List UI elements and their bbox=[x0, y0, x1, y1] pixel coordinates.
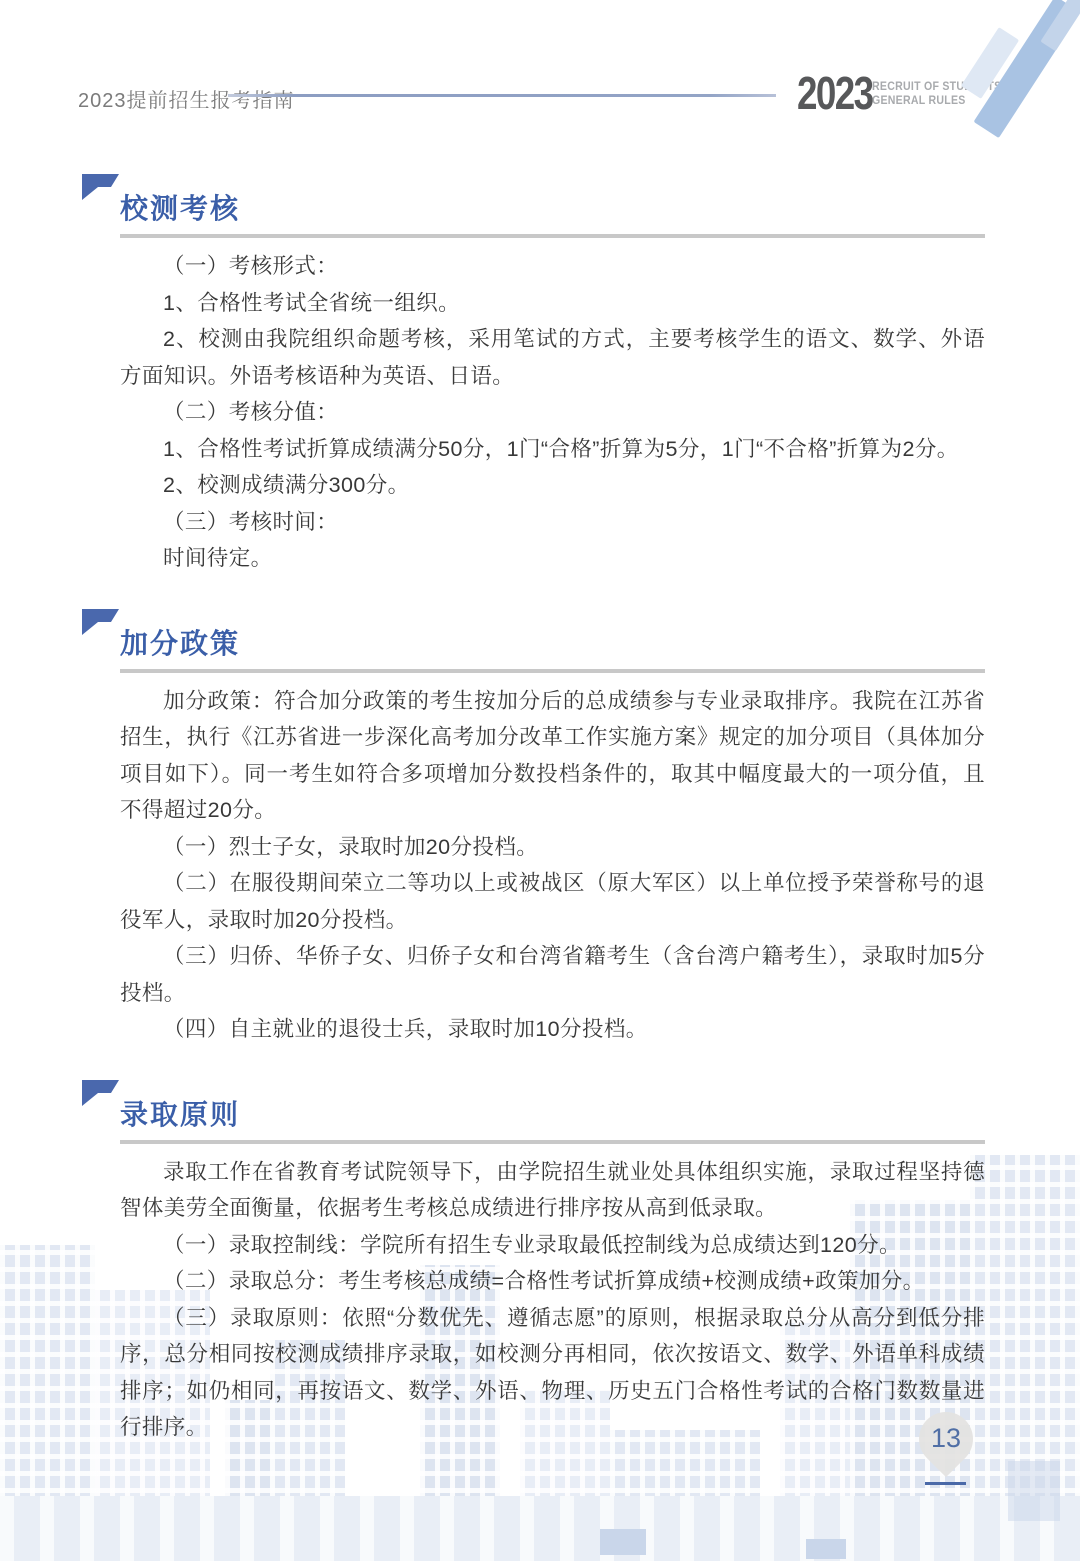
section-paragraphs: 录取工作在省教育考试院领导下，由学院招生就业处具体组织实施，录取过程坚持德智体美… bbox=[120, 1154, 985, 1446]
section-bonus-policy: 加分政策 加分政策：符合加分政策的考生按加分后的总成绩参与专业录取排序。我院在江… bbox=[120, 627, 985, 1048]
skyline-base bbox=[0, 1496, 1080, 1561]
guide-title: 2023提前招生报考指南 bbox=[78, 84, 295, 113]
paragraph: 录取工作在省教育考试院领导下，由学院招生就业处具体组织实施，录取过程坚持德智体美… bbox=[120, 1154, 985, 1227]
paragraph: （四）自主就业的退役士兵，录取时加10分投档。 bbox=[120, 1011, 985, 1048]
paragraph: （一）烈士子女，录取时加20分投档。 bbox=[120, 829, 985, 866]
building-shape bbox=[610, 1430, 760, 1561]
window-cluster bbox=[600, 1529, 646, 1555]
paragraph: （二）考核分值： bbox=[120, 394, 985, 431]
paragraph: （三）归侨、华侨子女、归侨子女和台湾省籍考生（含台湾户籍考生），录取时加5分投档… bbox=[120, 938, 985, 1011]
header-divider-line bbox=[228, 94, 776, 97]
section-header: 加分政策 bbox=[120, 627, 985, 661]
page-header: 2023提前招生报考指南 2023 RECRUIT OF STUDENTS GE… bbox=[0, 0, 1080, 142]
page-number: 13 bbox=[919, 1412, 973, 1466]
paragraph: 2、校测成绩满分300分。 bbox=[120, 467, 985, 504]
section-admission-principles: 录取原则 录取工作在省教育考试院领导下，由学院招生就业处具体组织实施，录取过程坚… bbox=[120, 1098, 985, 1446]
paragraph: （二）录取总分：考生考核总成绩=合格性考试折算成绩+校测成绩+政策加分。 bbox=[120, 1263, 985, 1300]
paragraph: 时间待定。 bbox=[120, 540, 985, 577]
paragraph: （三）录取原则：依照“分数优先、遵循志愿”的原则，根据录取总分从高分到低分排序，… bbox=[120, 1300, 985, 1446]
section-header: 校测考核 bbox=[120, 192, 985, 226]
paragraph: 2、校测由我院组织命题考核，采用笔试的方式，主要考核学生的语文、数学、外语方面知… bbox=[120, 321, 985, 394]
corner-flag-icon bbox=[82, 1080, 119, 1106]
section-title: 录取原则 bbox=[120, 1098, 985, 1132]
page-number-pin: 13 bbox=[908, 1401, 984, 1477]
section-rule bbox=[120, 234, 985, 238]
paragraph: （三）考核时间： bbox=[120, 504, 985, 541]
paragraph: （二）在服役期间荣立二等功以上或被战区（原大军区）以上单位授予荣誉称号的退役军人… bbox=[120, 865, 985, 938]
document-page: { "header": { "guide_title": "2023提前招生报考… bbox=[0, 0, 1080, 1561]
corner-slash-decoration bbox=[940, 0, 1080, 138]
corner-flag-icon bbox=[82, 174, 119, 200]
window-cluster bbox=[806, 1539, 846, 1559]
section-rule bbox=[120, 669, 985, 673]
page-number-underline bbox=[925, 1482, 966, 1485]
section-header: 录取原则 bbox=[120, 1098, 985, 1132]
paragraph: （一）录取控制线：学院所有招生专业录取最低控制线为总成绩达到120分。 bbox=[120, 1227, 985, 1264]
paragraph: 加分政策：符合加分政策的考生按加分后的总成绩参与专业录取排序。我院在江苏省招生，… bbox=[120, 683, 985, 829]
section-title: 校测考核 bbox=[120, 192, 985, 226]
paragraph: 1、合格性考试全省统一组织。 bbox=[120, 285, 985, 322]
document-body: 校测考核 （一）考核形式： 1、合格性考试全省统一组织。 2、校测由我院组织命题… bbox=[0, 192, 1080, 1446]
paragraph: 1、合格性考试折算成绩满分50分，1门“合格”折算为5分，1门“不合格”折算为2… bbox=[120, 431, 985, 468]
year-logo: 2023 bbox=[797, 66, 872, 120]
paragraph: （一）考核形式： bbox=[120, 248, 985, 285]
section-paragraphs: 加分政策：符合加分政策的考生按加分后的总成绩参与专业录取排序。我院在江苏省招生，… bbox=[120, 683, 985, 1048]
corner-flag-icon bbox=[82, 609, 119, 635]
window-cluster bbox=[1008, 1461, 1060, 1521]
section-rule bbox=[120, 1140, 985, 1144]
section-paragraphs: （一）考核形式： 1、合格性考试全省统一组织。 2、校测由我院组织命题考核，采用… bbox=[120, 248, 985, 577]
section-exam-assessment: 校测考核 （一）考核形式： 1、合格性考试全省统一组织。 2、校测由我院组织命题… bbox=[120, 192, 985, 577]
section-title: 加分政策 bbox=[120, 627, 985, 661]
